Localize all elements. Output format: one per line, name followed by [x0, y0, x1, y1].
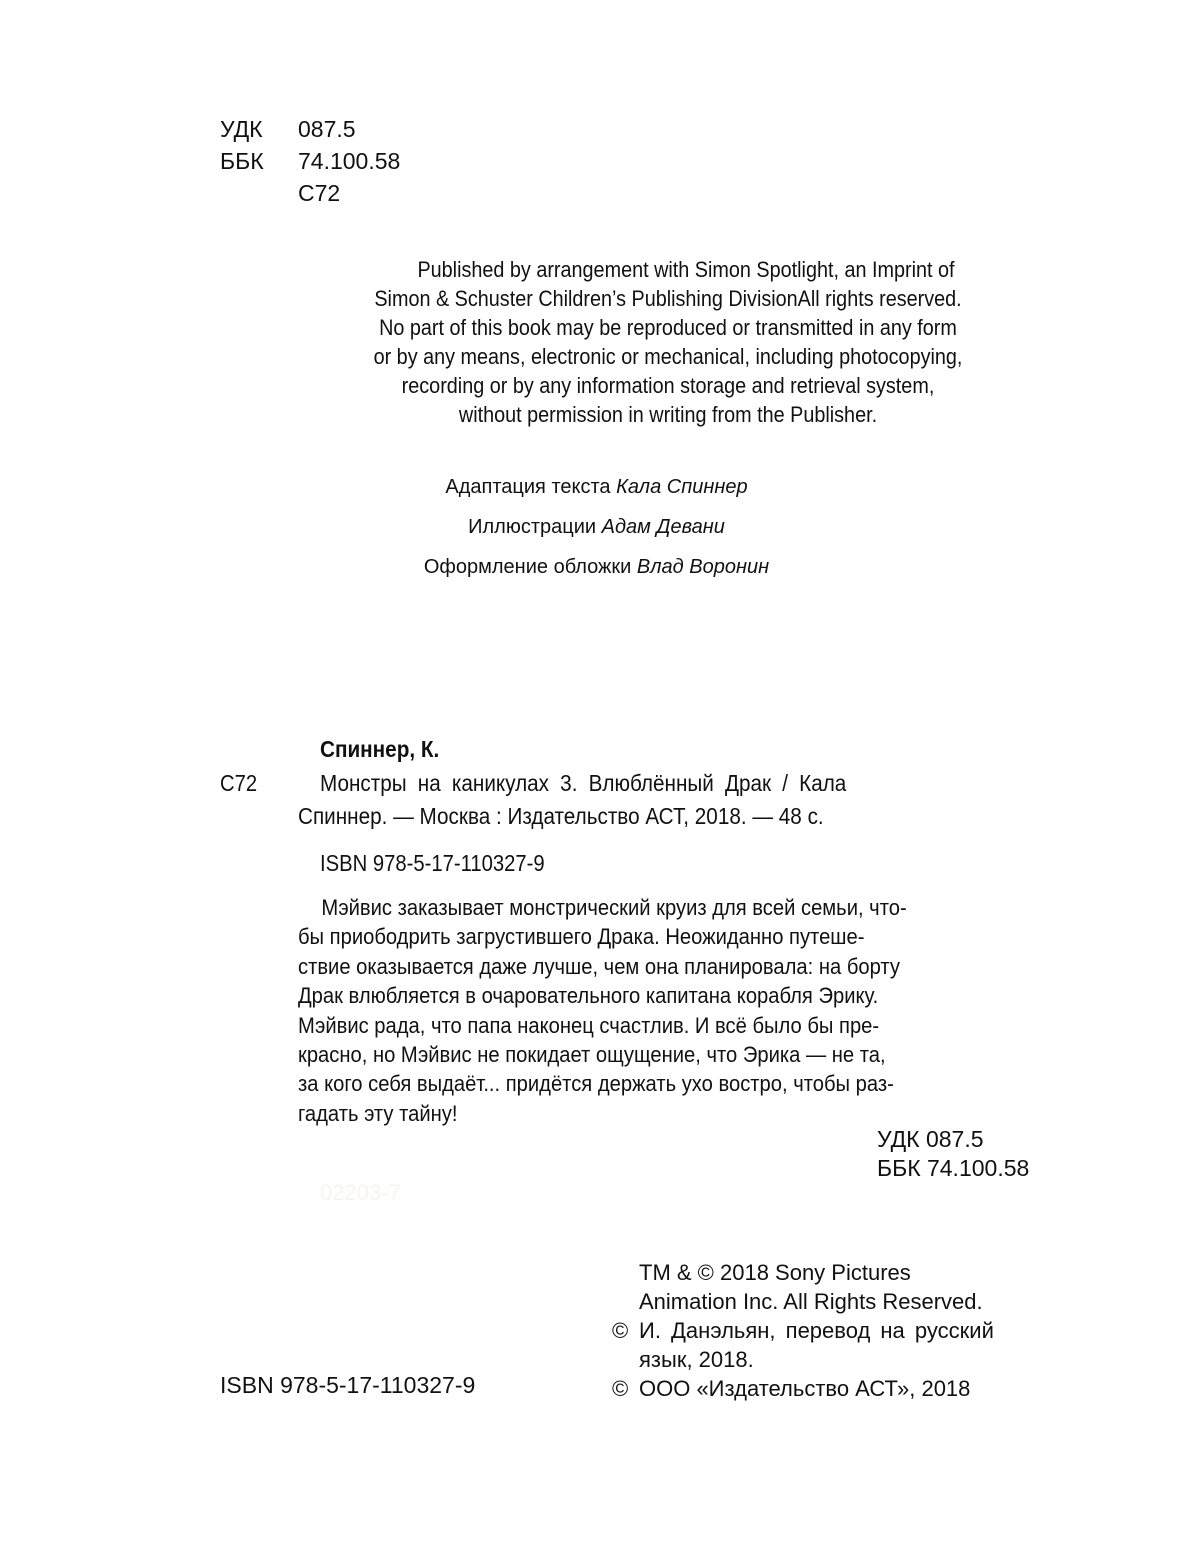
annotation-line: красно, но Мэйвис не покидает ощущение, …: [298, 1040, 1039, 1069]
credit-illustrations: Иллюстрации Адам Девани: [0, 516, 1193, 539]
credit-name: Адам Девани: [602, 516, 725, 538]
annotation: Мэйвис заказывает монстрический круиз дл…: [298, 893, 1039, 1128]
copyright-symbol: ©: [612, 1374, 628, 1403]
catalog-isbn: ISBN 978-5-17-110327-9: [320, 850, 545, 877]
copyright-block: TM & © 2018 Sony Pictures Animation Inc.…: [612, 1258, 994, 1403]
rights-line: recording or by any information storage …: [333, 371, 1003, 400]
credit-name: Кала Спиннер: [616, 476, 747, 498]
copyright-line: © ООО «Издательство АСТ», 2018: [612, 1374, 994, 1403]
rights-line: without permission in writing from the P…: [333, 400, 1003, 429]
rights-line: or by any means, electronic or mechanica…: [333, 342, 1003, 371]
annotation-line: Мэйвис рада, что папа наконец счастлив. …: [298, 1011, 1039, 1040]
annotation-line: бы приободрить загрустившего Драка. Неож…: [298, 922, 1039, 951]
rights-line: Published by arrangement with Simon Spot…: [333, 255, 1003, 284]
rights-notice: Published by arrangement with Simon Spot…: [333, 255, 1003, 429]
catalog-udk: УДК 087.5: [877, 1126, 984, 1153]
credit-name: Влад Воронин: [637, 556, 769, 578]
rights-line: No part of this book may be reproduced o…: [333, 313, 1003, 342]
credit-cover: Оформление обложки Влад Воронин: [0, 556, 1193, 579]
annotation-line: Драк влюбляется в очаровательного капита…: [298, 981, 1039, 1010]
author-mark: С72: [298, 180, 340, 207]
rights-line: Simon & Schuster Children’s Publishing D…: [333, 284, 1003, 313]
bbk-label: ББК: [220, 148, 264, 175]
bbk-value: 74.100.58: [298, 148, 400, 175]
credit-role: Иллюстрации: [468, 516, 596, 538]
copyright-line: язык, 2018.: [612, 1345, 994, 1374]
udk-label: УДК: [220, 116, 263, 143]
annotation-line: Мэйвис заказывает монстрический круиз дл…: [298, 893, 1039, 922]
annotation-line: ствие оказывается даже лучше, чем она пл…: [298, 952, 1039, 981]
credit-adaptation: Адаптация текста Кала Спиннер: [0, 476, 1193, 499]
annotation-line: за кого себя выдаёт... придётся держать …: [298, 1069, 1039, 1098]
catalog-bbk: ББК 74.100.58: [877, 1155, 1029, 1182]
catalog-author-mark: С72: [220, 770, 257, 797]
copyright-symbol: ©: [612, 1316, 628, 1345]
annotation-line: гадать эту тайну!: [298, 1099, 1039, 1128]
udk-value: 087.5: [298, 116, 356, 143]
title-line-1: Монстры на каникулах 3. Влюблённый Драк …: [320, 770, 1040, 797]
copyright-line: TM & © 2018 Sony Pictures: [612, 1258, 994, 1287]
copyright-line: Animation Inc. All Rights Reserved.: [612, 1287, 994, 1316]
credit-role: Оформление обложки: [424, 556, 631, 578]
author-heading: Спиннер, К.: [320, 736, 439, 763]
copyright-line: © И. Данэльян, перевод на русский: [612, 1316, 994, 1345]
title-line-2: Спиннер. — Москва : Издательство АСТ, 20…: [298, 803, 824, 830]
ghost-text: 02203-7: [320, 1180, 401, 1206]
credit-role: Адаптация текста: [445, 476, 610, 498]
bottom-isbn: ISBN 978-5-17-110327-9: [220, 1372, 475, 1399]
